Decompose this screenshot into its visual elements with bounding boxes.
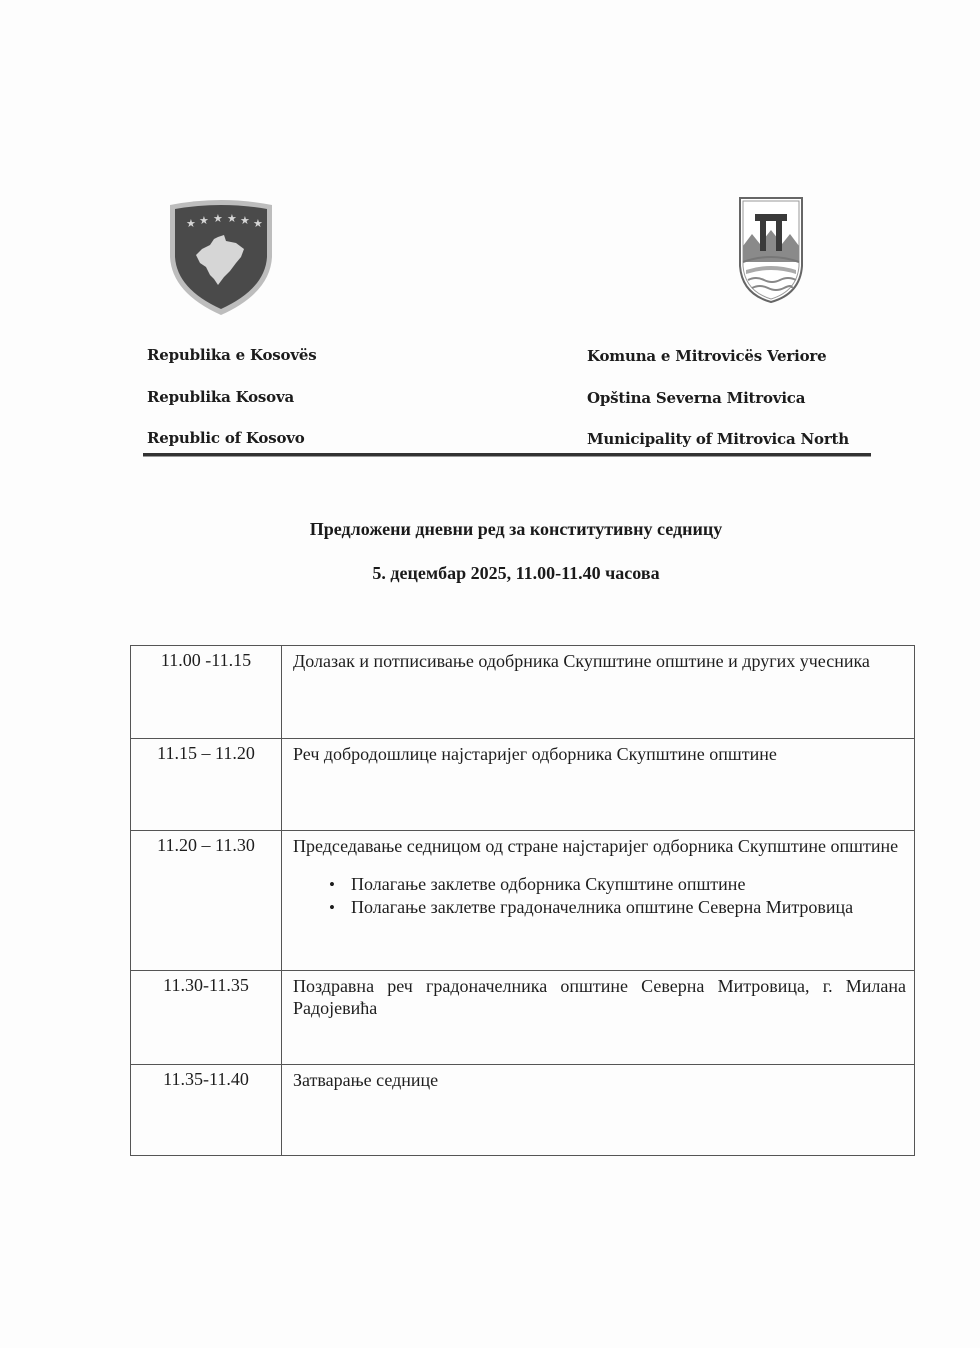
table-row: 11.20 – 11.30 Председавање седницом од с…: [131, 831, 915, 971]
agenda-time: 11.15 – 11.20: [131, 739, 282, 831]
agenda-description-cell: Председавање седницом од стране најстари…: [282, 831, 915, 971]
agenda-time: 11.20 – 11.30: [131, 831, 282, 971]
table-row: 11.30-11.35 Поздравна реч градоначелника…: [131, 971, 915, 1065]
header-divider: [143, 453, 871, 457]
agenda-subitem: Полагање заклетве одборника Скупштине оп…: [351, 873, 906, 896]
header-left-english: Republic of Kosovo: [147, 429, 305, 447]
agenda-description: Председавање седницом од стране најстари…: [293, 835, 906, 857]
svg-text:★: ★: [213, 212, 223, 225]
agenda-description: Долазак и потписивање одобрника Скупштин…: [282, 646, 915, 739]
svg-text:★: ★: [199, 214, 209, 227]
header-right-albanian: Komuna e Mitrovicës Veriore: [587, 347, 826, 365]
kosovo-coat-of-arms-icon: ★ ★ ★ ★ ★ ★: [166, 197, 276, 317]
svg-text:★: ★: [253, 217, 263, 230]
agenda-description: Затварање седнице: [282, 1065, 915, 1156]
header-right-serbian: Opština Severna Mitrovica: [587, 389, 805, 407]
svg-text:★: ★: [240, 214, 250, 227]
agenda-description: Реч добродошлице најстаријег одборника С…: [282, 739, 915, 831]
table-row: 11.35-11.40 Затварање седнице: [131, 1065, 915, 1156]
agenda-time: 11.30-11.35: [131, 971, 282, 1065]
agenda-table: 11.00 -11.15 Долазак и потписивање одобр…: [130, 645, 915, 1156]
header-left-albanian: Republika e Kosovës: [147, 346, 316, 364]
header-right-english: Municipality of Mitrovica North: [587, 430, 849, 448]
agenda-time: 11.00 -11.15: [131, 646, 282, 739]
agenda-subitems: Полагање заклетве одборника Скупштине оп…: [293, 873, 906, 919]
document-date: 5. децембар 2025, 11.00-11.40 часова: [0, 563, 980, 584]
agenda-description: Поздравна реч градоначелника општине Сев…: [282, 971, 915, 1065]
table-row: 11.00 -11.15 Долазак и потписивање одобр…: [131, 646, 915, 739]
svg-text:★: ★: [186, 217, 196, 230]
document-page: ★ ★ ★ ★ ★ ★ Republika e Kosovës Republik…: [0, 0, 980, 1348]
header-left-serbian: Republika Kosova: [147, 388, 294, 406]
agenda-subitem: Полагање заклетве градоначелника општине…: [351, 896, 906, 919]
mitrovica-north-coat-of-arms-icon: [738, 196, 804, 304]
agenda-time: 11.35-11.40: [131, 1065, 282, 1156]
document-title: Предложени дневни ред за конститутивну с…: [0, 519, 980, 540]
svg-text:★: ★: [227, 212, 237, 225]
table-row: 11.15 – 11.20 Реч добродошлице најстариј…: [131, 739, 915, 831]
